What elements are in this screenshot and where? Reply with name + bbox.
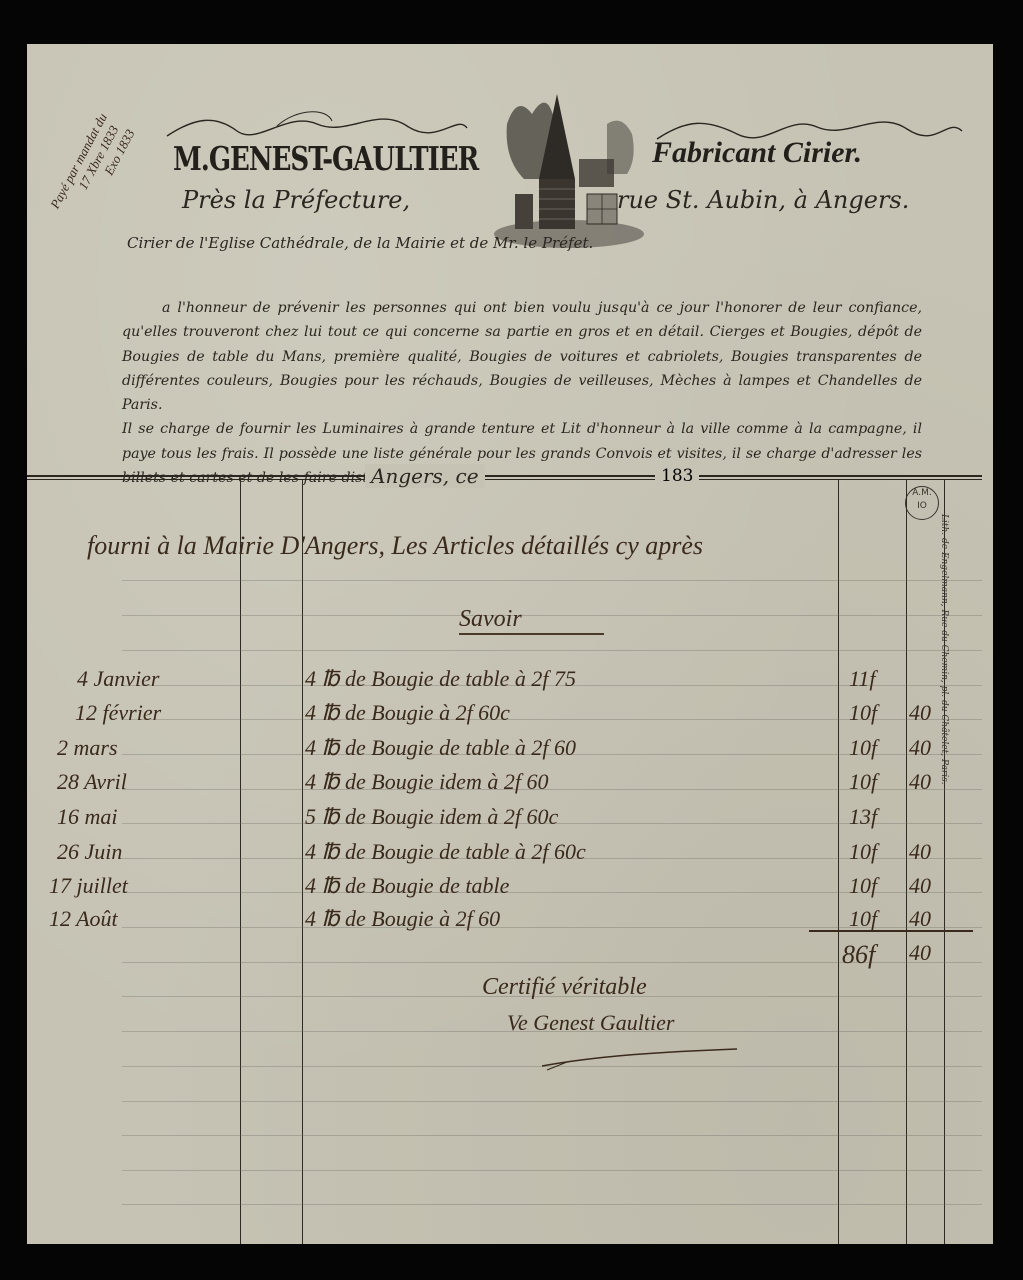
certification: Certifié véritable: [482, 974, 647, 1001]
item-francs: 10f: [849, 906, 877, 932]
item-francs: 10f: [849, 839, 877, 865]
address-left: Près la Préfecture,: [182, 186, 410, 214]
item-francs: 10f: [849, 735, 877, 761]
line-item: 16 mai 5 ℔ de Bougie idem à 2f 60c 13f: [27, 804, 993, 840]
item-description: 4 ℔ de Bougie de table: [305, 873, 509, 899]
item-date: 28 Avril: [57, 769, 127, 795]
ruled-line: [122, 650, 982, 651]
item-cents: 40: [909, 700, 931, 726]
item-cents: 40: [909, 906, 931, 932]
item-cents: 40: [909, 873, 931, 899]
wax-kiln-engraving-icon: [487, 84, 652, 254]
invoice-total: 86f 40: [27, 940, 993, 976]
stamp-line: A.M.: [906, 487, 938, 500]
address-right: rue St. Aubin, à Angers.: [617, 186, 909, 214]
total-francs: 86f: [842, 940, 875, 970]
line-item: 26 Juin 4 ℔ de Bougie de table à 2f 60c …: [27, 839, 993, 875]
line-item: 4 Janvier 4 ℔ de Bougie de table à 2f 75…: [27, 666, 993, 702]
ruled-line: [122, 1135, 982, 1136]
item-date: 4 Janvier: [77, 666, 159, 692]
item-francs: 10f: [849, 769, 877, 795]
header-rule: [27, 475, 982, 477]
dateline-city: Angers, ce: [365, 464, 485, 488]
header-subtitle: Cirier de l'Eglise Cathédrale, de la Mai…: [127, 234, 593, 252]
item-description: 4 ℔ de Bougie de table à 2f 75: [305, 666, 576, 692]
savoir-heading: Savoir: [459, 606, 522, 633]
item-francs: 10f: [849, 873, 877, 899]
item-date: 2 mars: [57, 735, 118, 761]
total-cents: 40: [909, 940, 931, 966]
savoir-underline: [459, 633, 604, 635]
signature: Ve Genest Gaultier: [507, 1010, 674, 1036]
item-date: 12 février: [75, 700, 161, 726]
item-description: 4 ℔ de Bougie à 2f 60: [305, 906, 500, 932]
item-francs: 13f: [849, 804, 877, 830]
line-item: 2 mars 4 ℔ de Bougie de table à 2f 60 10…: [27, 735, 993, 771]
item-description: 5 ℔ de Bougie idem à 2f 60c: [305, 804, 558, 830]
ruled-line: [122, 1101, 982, 1102]
line-item: 12 Août 4 ℔ de Bougie à 2f 60 10f 40: [27, 906, 993, 942]
item-date: 16 mai: [57, 804, 118, 830]
line-item: 28 Avril 4 ℔ de Bougie idem à 2f 60 10f …: [27, 769, 993, 805]
ruled-line: [122, 1170, 982, 1171]
invoice-intro: fourni à la Mairie D'Angers, Les Article…: [87, 531, 703, 561]
line-item: 17 juillet 4 ℔ de Bougie de table 10f 40: [27, 873, 993, 909]
stamp-line: IO: [906, 500, 938, 513]
item-date: 17 juillet: [49, 873, 128, 899]
signature-flourish-icon: [537, 1044, 747, 1074]
ruled-line: [122, 1204, 982, 1205]
margin-annotation: Payé par mandat du 17 Xbre 1833 Exo 1833: [47, 111, 139, 227]
dateline-year: 183: [655, 466, 699, 486]
item-cents: 40: [909, 735, 931, 761]
item-description: 4 ℔ de Bougie de table à 2f 60c: [305, 839, 586, 865]
item-cents: 40: [909, 839, 931, 865]
merchant-name: M.GENEST-GAULTIER: [173, 141, 478, 179]
header-body: a l'honneur de prévenir les personnes qu…: [122, 296, 922, 490]
invoice-sheet: Payé par mandat du 17 Xbre 1833 Exo 1833…: [27, 44, 993, 1244]
header-paragraph: a l'honneur de prévenir les personnes qu…: [122, 296, 922, 417]
item-francs: 10f: [849, 700, 877, 726]
item-date: 12 Août: [49, 906, 118, 932]
item-description: 4 ℔ de Bougie de table à 2f 60: [305, 735, 576, 761]
flourish-left-icon: [157, 106, 477, 146]
ruled-line: [122, 615, 982, 616]
sum-rule: [809, 930, 973, 932]
archive-stamp: A.M. IO: [905, 486, 939, 520]
item-cents: 40: [909, 769, 931, 795]
item-description: 4 ℔ de Bougie idem à 2f 60: [305, 769, 548, 795]
item-description: 4 ℔ de Bougie à 2f 60c: [305, 700, 510, 726]
item-date: 26 Juin: [57, 839, 122, 865]
item-francs: 11f: [849, 666, 875, 692]
trade-title: Fabricant Cirier.: [652, 136, 862, 170]
line-item: 12 février 4 ℔ de Bougie à 2f 60c 10f 40: [27, 700, 993, 736]
ruled-line: [122, 580, 982, 581]
